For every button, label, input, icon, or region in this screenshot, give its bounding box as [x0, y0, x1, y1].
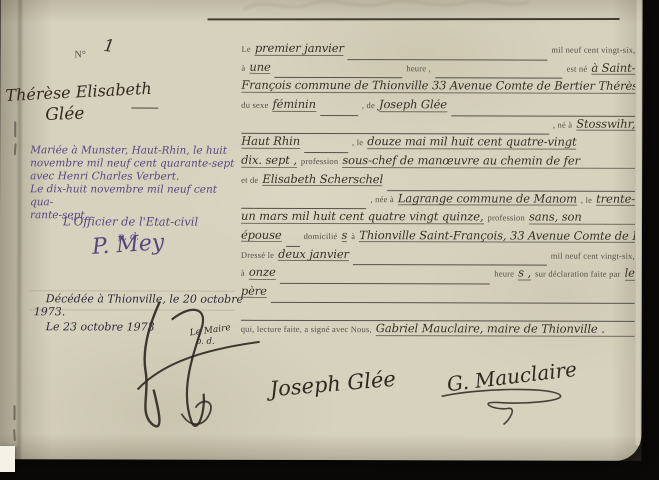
declarant-signature: Joseph Glée: [269, 367, 397, 402]
margin-dash: [131, 108, 158, 109]
handwritten-entry: François commune de Thionville 33 Avenue…: [241, 80, 635, 94]
printed-form-label: profession: [488, 213, 525, 223]
form-row-3: François commune de Thionville 33 Avenue…: [241, 80, 635, 100]
margin-officer-title: L'Officier de l'Etat-civil: [63, 215, 198, 228]
form-row-7: dix. sept ,professionsous-chef de manœuv…: [241, 155, 635, 175]
form-row-6: Haut Rhin, ledouze mai mil huit cent qua…: [241, 136, 635, 156]
handwritten-entry: père: [241, 286, 267, 299]
officer-signature: P. Mey: [92, 236, 165, 254]
printed-form-label: profession: [301, 156, 338, 166]
marriage-note-line: avec Henri Charles Verbert.: [30, 170, 235, 184]
binding-stitch: [13, 405, 15, 420]
form-row-13: àonzeheures ,sur déclaration faite parle: [241, 267, 635, 287]
blank-rule-line: [435, 73, 563, 79]
printed-form-label: est né: [567, 63, 588, 73]
printed-form-label: et de: [241, 175, 258, 185]
margin-marriage-note: Mariée à Munster, Haut-Rhin, le huit nov…: [30, 144, 235, 223]
margin-child-name-line2: Glée: [45, 108, 85, 122]
page-edge-highlight: [635, 0, 641, 446]
form-row-1: Lepremier janviermil neuf cent vingt-six…: [241, 43, 635, 63]
blank-rule-line: [451, 110, 635, 116]
form-row-16: qui, lecture faite, a signé avec Nous,Ga…: [241, 323, 635, 343]
blank-rule-line: [353, 259, 547, 266]
printed-form-label: mil neuf cent vingt-six,: [551, 250, 635, 260]
handwritten-entry: trente-: [596, 193, 635, 206]
blank-rule-line: [304, 147, 348, 153]
ink-bleedthrough-ghost: [236, 0, 536, 17]
act-number-label: N°: [74, 49, 86, 60]
handwritten-entry: le: [625, 268, 635, 281]
form-row-2: àuneheure ,est néà Saint-: [241, 61, 635, 81]
form-row-4: du sexeféminin, deJoseph Glée: [241, 99, 635, 119]
form-row-12: Dressé ledeux janviermil neuf cent vingt…: [241, 248, 635, 268]
binding-gutter-crease: [15, 0, 23, 459]
handwritten-entry: Elisabeth Scherschel: [262, 174, 383, 187]
blank-rule-line: [348, 54, 547, 61]
form-row-9: , née àLagrange commune de Manom, letren…: [241, 192, 635, 212]
handwritten-entry: un mars mil huit cent quatre vingt quinz…: [241, 211, 484, 224]
marriage-note-line: Le dix-huit novembre mil neuf cent qua-: [30, 183, 235, 210]
binding-shadow: [0, 0, 53, 459]
binding-stitch: [13, 429, 16, 441]
margin-child-name-line1: Thérèse Elisabeth: [5, 82, 152, 102]
act-number-value: 1: [102, 38, 115, 56]
printed-form-label: , le: [581, 194, 592, 204]
handwritten-entry: s: [341, 230, 347, 243]
handwritten-entry: Gabriel Mauclaire, maire de Thionville .: [376, 323, 635, 336]
handwritten-entry: Haut Rhin: [241, 136, 300, 149]
printed-form-label: heure ,: [406, 63, 431, 73]
underlying-page-edge: [0, 446, 15, 472]
handwritten-entry: féminin: [272, 99, 315, 112]
printed-form-label: Dressé le: [241, 249, 274, 259]
printed-form-label: Le: [241, 44, 250, 54]
blank-rule-line: [271, 296, 635, 303]
form-row-11: épousedomiciliésàThionville Saint-Franço…: [241, 230, 635, 250]
printed-form-label: à: [351, 231, 355, 241]
top-separator-rule: [208, 18, 620, 20]
handwritten-entry: deux janvier: [278, 248, 349, 261]
blank-rule-line: [241, 128, 549, 135]
handwritten-entry: sous-chef de manœuvre au chemin de fer: [342, 155, 635, 168]
printed-form-label: , le: [352, 138, 363, 148]
birth-act-form: Lepremier janviermil neuf cent vingt-six…: [241, 43, 636, 343]
form-row-8: et deElisabeth Scherschel: [241, 174, 635, 194]
printed-form-label: , née à: [370, 194, 393, 204]
blank-rule-line: [387, 185, 635, 192]
handwritten-entry: Thionville Saint-François, 33 Avenue Com…: [359, 230, 635, 243]
printed-form-label: sur déclaration faite par: [535, 269, 621, 279]
blank-rule-line: [320, 110, 358, 116]
handwritten-entry: épouse: [241, 230, 282, 243]
handwritten-entry: premier janvier: [255, 43, 344, 56]
register-page: N° 1 Thérèse Elisabeth Glée Mariée à Mun…: [0, 0, 643, 461]
handwritten-entry: sans, son: [529, 212, 635, 225]
printed-form-label: mil neuf cent vingt-six,: [551, 45, 635, 55]
blank-rule-line: [286, 240, 300, 246]
blank-rule-line: [280, 278, 491, 285]
blank-rule-line: [241, 203, 366, 209]
form-row-14: père: [241, 286, 635, 306]
handwritten-entry: Stosswihr,: [576, 118, 635, 131]
printed-form-label: qui, lecture faite, a signé avec Nous,: [241, 324, 372, 334]
printed-form-label: , de: [362, 100, 375, 110]
mayor-signature-underline-flourish: [437, 386, 567, 426]
marriage-note-line: Mariée à Munster, Haut-Rhin, le huit: [30, 144, 235, 158]
scanned-register-photo: N° 1 Thérèse Elisabeth Glée Mariée à Mun…: [0, 0, 659, 480]
marriage-note-line: novembre mil neuf cent quarante-sept: [30, 157, 235, 171]
blank-rule-line: [275, 72, 403, 78]
form-row-10: un mars mil huit cent quatre vingt quinz…: [241, 211, 635, 231]
printed-form-label: à: [241, 268, 245, 278]
form-row-5: , né àStosswihr,: [241, 118, 635, 138]
printed-form-label: du sexe: [241, 100, 268, 110]
handwritten-entry: s ,: [518, 268, 531, 281]
binding-stitch: [14, 121, 16, 137]
paper-shading-bottom: [0, 433, 641, 461]
blank-rule-line: [241, 315, 635, 322]
printed-form-label: domicilié: [304, 231, 338, 241]
handwritten-entry: Joseph Glée: [379, 99, 447, 112]
binding-stitch: [14, 143, 17, 155]
handwritten-entry: dix. sept ,: [241, 155, 297, 168]
printed-form-label: heure: [494, 269, 514, 279]
form-row-15: [241, 304, 635, 324]
printed-form-label: , né à: [553, 119, 572, 129]
handwritten-entry: onze: [249, 267, 276, 280]
handwritten-entry: une: [249, 61, 270, 74]
printed-form-label: à: [241, 62, 245, 72]
handwritten-entry: douze mai mil huit cent quatre-vingt: [367, 137, 576, 150]
handwritten-entry: à Saint-: [591, 62, 635, 75]
handwritten-entry: Lagrange commune de Manom: [398, 193, 577, 206]
